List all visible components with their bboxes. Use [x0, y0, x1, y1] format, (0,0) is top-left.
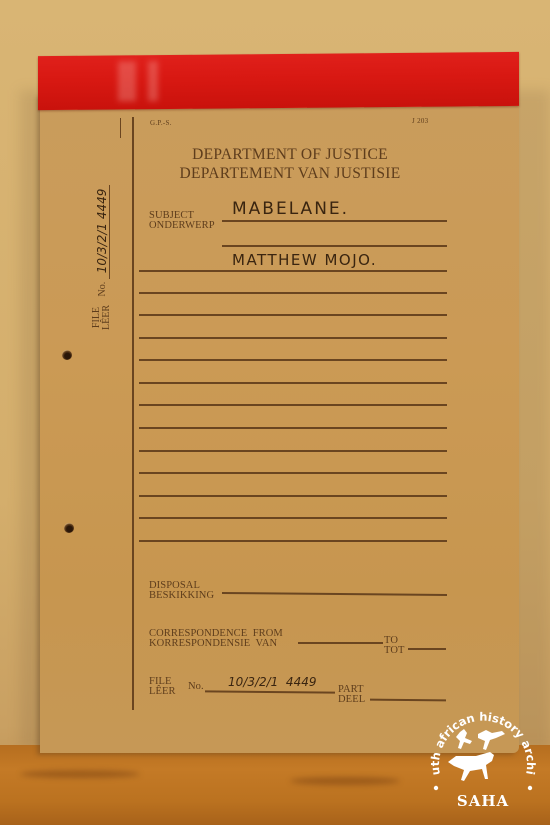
- side-file-number: 10/3/2/1 4449: [95, 185, 110, 280]
- correspondence-to-line: [408, 648, 446, 650]
- subject-label: SUBJECT ONDERWERP: [149, 211, 215, 231]
- file-number-handwritten: 10/3/2/1 4449: [228, 675, 316, 689]
- side-no-label: No.: [97, 282, 108, 297]
- subject-handwritten-line2: MATTHEW MOJO.: [232, 251, 377, 269]
- ruled-line: [139, 314, 447, 316]
- saha-logo-icon: south african history archive SAHA: [418, 702, 548, 822]
- ruled-line: [139, 404, 447, 406]
- ruled-line: [139, 495, 447, 497]
- red-tape: [38, 52, 519, 110]
- form-number: J 203: [412, 117, 428, 125]
- ruled-line: [139, 472, 447, 474]
- rock-art-figures-icon: [448, 729, 505, 781]
- printer-mark: G.P.-S.: [150, 119, 172, 127]
- tape-glare: [148, 61, 158, 101]
- punch-hole-top: [62, 350, 72, 360]
- ruled-line: [139, 270, 447, 272]
- disposal-label-af: BESKIKKING: [149, 591, 214, 601]
- title-afrikaans: DEPARTEMENT VAN JUSTISIE: [140, 165, 440, 183]
- side-file-label-af: LÊER: [101, 305, 112, 330]
- ruled-line: [139, 359, 447, 361]
- ruled-line: [139, 450, 447, 452]
- ruled-line: [139, 292, 447, 294]
- part-label: PART DEEL: [338, 685, 365, 705]
- table-stain: [20, 770, 140, 778]
- side-file-label: FILE LÊER No. 10/3/2/1 4449: [92, 185, 112, 330]
- title-english: DEPARTMENT OF JUSTICE: [140, 146, 440, 164]
- correspondence-from-line: [298, 642, 383, 644]
- subject-handwritten-line1: MABELANE.: [232, 199, 349, 219]
- saha-initials: SAHA: [457, 792, 509, 810]
- file-no-label: No.: [188, 682, 204, 692]
- ruled-line: [139, 337, 447, 339]
- ruled-line: [139, 517, 447, 519]
- part-label-af: DEEL: [338, 695, 365, 705]
- tape-glare: [118, 61, 136, 101]
- margin-rule: [132, 117, 134, 710]
- saha-watermark: south african history archive SAHA: [418, 702, 548, 822]
- table-stain: [290, 777, 400, 785]
- file-label-af: LÊER: [149, 687, 176, 697]
- file-label: FILE LÊER: [149, 677, 176, 697]
- margin-rule-short: [120, 118, 121, 138]
- to-label: TO TOT: [384, 636, 405, 656]
- subject-label-af: ONDERWERP: [149, 221, 215, 231]
- ruled-line: [139, 427, 447, 429]
- dot: [434, 786, 438, 790]
- subject-line-2: [222, 245, 447, 247]
- subject-line-1: [222, 220, 447, 222]
- ruled-line: [139, 540, 447, 542]
- dot: [528, 786, 532, 790]
- disposal-label: DISPOSAL BESKIKKING: [149, 581, 214, 601]
- correspondence-label-af: KORRESPONDENSIE VAN: [149, 639, 283, 649]
- correspondence-label: CORRESPONDENCE FROM KORRESPONDENSIE VAN: [149, 629, 283, 649]
- to-label-af: TOT: [384, 646, 405, 656]
- ruled-line: [139, 382, 447, 384]
- punch-hole-bottom: [64, 523, 74, 533]
